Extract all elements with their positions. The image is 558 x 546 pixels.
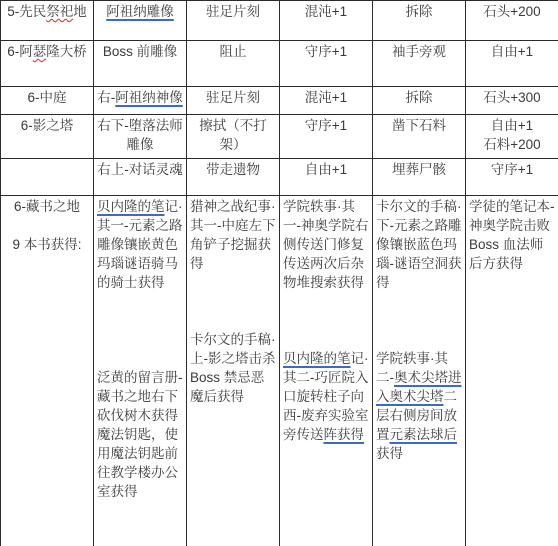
paragraph: 埋葬尸骸 bbox=[376, 160, 462, 179]
misspelled-text: 瑟 bbox=[33, 44, 47, 59]
text-run: 6-中庭 bbox=[27, 90, 66, 105]
blank-line bbox=[97, 311, 183, 330]
blank-line bbox=[190, 311, 276, 330]
text-run: 石头+200 bbox=[483, 4, 540, 19]
blank-line bbox=[376, 311, 462, 330]
paragraph: 学院轶事·其一-神奥学院右侧传送门修复传送两次后杂物堆搜索获得 bbox=[283, 197, 369, 292]
hyperlink-text[interactable]: 阵获得 bbox=[324, 427, 365, 442]
text-run: 守序+1 bbox=[491, 162, 533, 177]
cell-r5-c5: 埋葬尸骸 bbox=[373, 159, 466, 196]
paragraph: 凿下石料 bbox=[376, 116, 462, 135]
paragraph: 守序+1 bbox=[283, 116, 369, 135]
cell-r5-c2: 右上-对话灵魂 bbox=[94, 159, 187, 196]
text-run: 6-藏书之地 bbox=[14, 199, 80, 214]
paragraph: 泛黄的留言册-藏书之地右下砍伐树木获得魔法钥匙，使用魔法钥匙前往教学楼办公室获得 bbox=[97, 368, 183, 501]
document-page: 5-先民祭祀地阿祖纳雕像驻足片刻混沌+1拆除石头+2006-阿瑟隆大桥Boss … bbox=[0, 0, 558, 546]
table-row-1: 5-先民祭祀地阿祖纳雕像驻足片刻混沌+1拆除石头+200 bbox=[1, 1, 558, 41]
paragraph: 驻足片刻 bbox=[190, 88, 276, 107]
text-run: Boss 前雕像 bbox=[103, 44, 177, 59]
text-run: 埋葬尸骸 bbox=[392, 162, 446, 177]
paragraph: 擦拭（不打架） bbox=[190, 116, 276, 154]
blank-line bbox=[97, 330, 183, 349]
table-row-2: 6-阿瑟隆大桥Boss 前雕像阻止守序+1袖手旁观自由+1 bbox=[1, 41, 558, 87]
paragraph bbox=[4, 160, 90, 179]
paragraph: 石料+200 bbox=[469, 135, 555, 154]
table-row-4: 6-影之塔右下-堕落法师雕像擦拭（不打架）守序+1凿下石料自由+1石料+200 bbox=[1, 115, 558, 159]
hyperlink-text[interactable]: 元素法球后 bbox=[390, 427, 458, 442]
paragraph: Boss 前雕像 bbox=[97, 42, 183, 61]
table-row-3: 6-中庭右-阿祖纳神像驻足片刻混沌+1拆除石头+300 bbox=[1, 87, 558, 115]
paragraph: 右-阿祖纳神像 bbox=[97, 88, 183, 107]
blank-line bbox=[283, 311, 369, 330]
cell-r4-c2: 右下-堕落法师雕像 bbox=[94, 115, 187, 159]
blank-line bbox=[376, 292, 462, 311]
paragraph: 石头+200 bbox=[469, 2, 555, 21]
text-run: 卡尔文的手稿·下-元素之路雕像镶嵌蓝色玛瑙-谜语空洞获得 bbox=[376, 199, 462, 290]
text-run: 带走遗物 bbox=[206, 162, 260, 177]
text-run: 驻足片刻 bbox=[206, 90, 260, 105]
blank-line bbox=[283, 292, 369, 311]
cell-r4-c1: 6-影之塔 bbox=[1, 115, 94, 159]
cell-r6-c2: 贝内隆的笔记·其一-元素之路雕像镶嵌黄色玛瑙谜语骑马的骑士获得泛黄的留言册-藏书… bbox=[94, 196, 187, 546]
paragraph: 驻足片刻 bbox=[190, 2, 276, 21]
hyperlink-text[interactable]: 阿祖纳神像 bbox=[115, 90, 183, 105]
cell-r6-c4: 学院轶事·其一-神奥学院右侧传送门修复传送两次后杂物堆搜索获得贝内隆的笔记·其二… bbox=[280, 196, 373, 546]
table-body: 5-先民祭祀地阿祖纳雕像驻足片刻混沌+1拆除石头+2006-阿瑟隆大桥Boss … bbox=[1, 1, 558, 546]
paragraph: 带走遗物 bbox=[190, 160, 276, 179]
text-run: 9 本书获得: bbox=[12, 237, 81, 252]
blank-line bbox=[4, 216, 90, 235]
paragraph: 自由+1 bbox=[469, 42, 555, 61]
cell-r4-c5: 凿下石料 bbox=[373, 115, 466, 159]
blank-line bbox=[283, 330, 369, 349]
cell-r5-c3: 带走遗物 bbox=[187, 159, 280, 196]
text-run: 泛黄的留言册-藏书之地右下砍伐树木获得魔法钥匙，使用魔法钥匙前往教学楼办公室获得 bbox=[97, 370, 183, 499]
hyperlink-text[interactable]: 贝内隆的笔 bbox=[97, 199, 165, 214]
paragraph: 自由+1 bbox=[283, 160, 369, 179]
cell-r6-c3: 猎神之战纪事·其一-中庭左下角铲子挖掘获得卡尔文的手稿·上-影之塔击杀 Boss… bbox=[187, 196, 280, 546]
text-run: 凿下石料 bbox=[392, 118, 446, 133]
text-run: 学徒的笔记本-神奥学院击败 Boss 血法师后方获得 bbox=[469, 199, 555, 271]
blank-line bbox=[97, 349, 183, 368]
paragraph: 自由+1 bbox=[469, 116, 555, 135]
text-run: 擦拭（不打架） bbox=[199, 118, 267, 152]
text-run: 袖手旁观 bbox=[392, 44, 446, 59]
text-run: 隆大桥 bbox=[46, 44, 87, 59]
cell-r6-c6: 学徒的笔记本-神奥学院击败 Boss 血法师后方获得 bbox=[466, 196, 558, 546]
text-run: 石头+300 bbox=[483, 90, 540, 105]
paragraph: 守序+1 bbox=[469, 160, 555, 179]
paragraph: 守序+1 bbox=[283, 42, 369, 61]
text-run: 学院轶事·其一-神奥学院右侧传送门修复传送两次后杂物堆搜索获得 bbox=[283, 199, 369, 290]
text-run: 守序+1 bbox=[305, 44, 347, 59]
text-run: 石料+200 bbox=[483, 137, 540, 152]
text-run: 地 bbox=[73, 4, 87, 19]
cell-r3-c3: 驻足片刻 bbox=[187, 87, 280, 115]
cell-r3-c2: 右-阿祖纳神像 bbox=[94, 87, 187, 115]
cell-r5-c6: 守序+1 bbox=[466, 159, 558, 196]
text-run: 自由+1 bbox=[305, 162, 347, 177]
cell-r4-c3: 擦拭（不打架） bbox=[187, 115, 280, 159]
paragraph: 5-先民祭祀地 bbox=[4, 2, 90, 21]
text-run: 驻足片刻 bbox=[206, 4, 260, 19]
cell-r1-c1: 5-先民祭祀地 bbox=[1, 1, 94, 41]
paragraph: 拆除 bbox=[376, 2, 462, 21]
blank-line bbox=[190, 273, 276, 292]
text-run: 右上-对话灵魂 bbox=[97, 162, 183, 177]
paragraph: 贝内隆的笔记·其二-巧匠院入口旋转柱子向西-废弃实验室旁传送阵获得 bbox=[283, 349, 369, 444]
cell-r1-c5: 拆除 bbox=[373, 1, 466, 41]
text-run: 自由+1 bbox=[491, 44, 533, 59]
cell-r3-c6: 石头+300 bbox=[466, 87, 558, 115]
paragraph: 混沌+1 bbox=[283, 88, 369, 107]
cell-r2-c5: 袖手旁观 bbox=[373, 41, 466, 87]
paragraph: 猎神之战纪事·其一-中庭左下角铲子挖掘获得 bbox=[190, 197, 276, 273]
cell-r2-c2: Boss 前雕像 bbox=[94, 41, 187, 87]
paragraph: 学院轶事·其二-奥术尖塔进入奥术尖塔二层右侧房间放置元素法球后获得 bbox=[376, 349, 462, 463]
paragraph: 卡尔文的手稿·下-元素之路雕像镶嵌蓝色玛瑙-谜语空洞获得 bbox=[376, 197, 462, 292]
paragraph: 6-阿瑟隆大桥 bbox=[4, 42, 90, 61]
paragraph: 9 本书获得: bbox=[4, 235, 90, 254]
text-run: 右下-堕落法师雕像 bbox=[97, 118, 183, 152]
blank-line bbox=[190, 292, 276, 311]
cell-r2-c1: 6-阿瑟隆大桥 bbox=[1, 41, 94, 87]
cell-r3-c1: 6-中庭 bbox=[1, 87, 94, 115]
paragraph: 6-影之塔 bbox=[4, 116, 90, 135]
paragraph: 学徒的笔记本-神奥学院击败 Boss 血法师后方获得 bbox=[469, 197, 555, 273]
text-run: 卡尔文的手稿·上-影之塔击杀 Boss 禁忌恶魔后获得 bbox=[190, 332, 276, 404]
cell-r4-c6: 自由+1石料+200 bbox=[466, 115, 558, 159]
cell-r3-c5: 拆除 bbox=[373, 87, 466, 115]
walkthrough-table: 5-先民祭祀地阿祖纳雕像驻足片刻混沌+1拆除石头+2006-阿瑟隆大桥Boss … bbox=[0, 0, 558, 546]
cell-r3-c4: 混沌+1 bbox=[280, 87, 373, 115]
paragraph: 混沌+1 bbox=[283, 2, 369, 21]
text-run: 守序+1 bbox=[305, 118, 347, 133]
blank-line bbox=[97, 292, 183, 311]
cell-r4-c4: 守序+1 bbox=[280, 115, 373, 159]
text-run: 6-阿 bbox=[7, 44, 33, 59]
cell-r1-c6: 石头+200 bbox=[466, 1, 558, 41]
text-run: 猎神之战纪事·其一-中庭左下角铲子挖掘获得 bbox=[190, 199, 276, 271]
text-run: 混沌+1 bbox=[305, 4, 347, 19]
text-run: 自由+1 bbox=[491, 118, 533, 133]
paragraph: 石头+300 bbox=[469, 88, 555, 107]
blank-line bbox=[376, 330, 462, 349]
cell-r6-c5: 卡尔文的手稿·下-元素之路雕像镶嵌蓝色玛瑙-谜语空洞获得学院轶事·其二-奥术尖塔… bbox=[373, 196, 466, 546]
cell-r1-c3: 驻足片刻 bbox=[187, 1, 280, 41]
text-run: 5-先民 bbox=[7, 4, 46, 19]
text-run: 获得 bbox=[376, 446, 403, 461]
table-row-5: 右上-对话灵魂带走遗物自由+1埋葬尸骸守序+1 bbox=[1, 159, 558, 196]
misspelled-text: 祭祀 bbox=[46, 4, 73, 19]
paragraph: 右下-堕落法师雕像 bbox=[97, 116, 183, 154]
paragraph: 卡尔文的手稿·上-影之塔击杀 Boss 禁忌恶魔后获得 bbox=[190, 330, 276, 406]
paragraph: 右上-对话灵魂 bbox=[97, 160, 183, 179]
hyperlink-text[interactable]: 阿祖纳雕像 bbox=[106, 4, 174, 19]
cell-r5-c4: 自由+1 bbox=[280, 159, 373, 196]
text-run: 拆除 bbox=[406, 90, 433, 105]
cell-r2-c6: 自由+1 bbox=[466, 41, 558, 87]
paragraph: 6-藏书之地 bbox=[4, 197, 90, 216]
paragraph: 阻止 bbox=[190, 42, 276, 61]
cell-r5-c1 bbox=[1, 159, 94, 196]
cell-r1-c2: 阿祖纳雕像 bbox=[94, 1, 187, 41]
table-row-6: 6-藏书之地9 本书获得:贝内隆的笔记·其一-元素之路雕像镶嵌黄色玛瑙谜语骑马的… bbox=[1, 196, 558, 546]
paragraph: 6-中庭 bbox=[4, 88, 90, 107]
text-run: 6-影之塔 bbox=[21, 118, 74, 133]
cell-r2-c3: 阻止 bbox=[187, 41, 280, 87]
paragraph: 拆除 bbox=[376, 88, 462, 107]
text-run: 右- bbox=[97, 90, 115, 105]
paragraph: 袖手旁观 bbox=[376, 42, 462, 61]
cell-r2-c4: 守序+1 bbox=[280, 41, 373, 87]
text-run: 阻止 bbox=[220, 44, 247, 59]
cell-r1-c4: 混沌+1 bbox=[280, 1, 373, 41]
text-run: 拆除 bbox=[406, 4, 433, 19]
cell-r6-c1: 6-藏书之地9 本书获得: bbox=[1, 196, 94, 546]
text-run: 混沌+1 bbox=[305, 90, 347, 105]
paragraph: 贝内隆的笔记·其一-元素之路雕像镶嵌黄色玛瑙谜语骑马的骑士获得 bbox=[97, 197, 183, 292]
hyperlink-text[interactable]: 贝内隆的笔 bbox=[283, 351, 351, 366]
paragraph: 阿祖纳雕像 bbox=[97, 2, 183, 21]
